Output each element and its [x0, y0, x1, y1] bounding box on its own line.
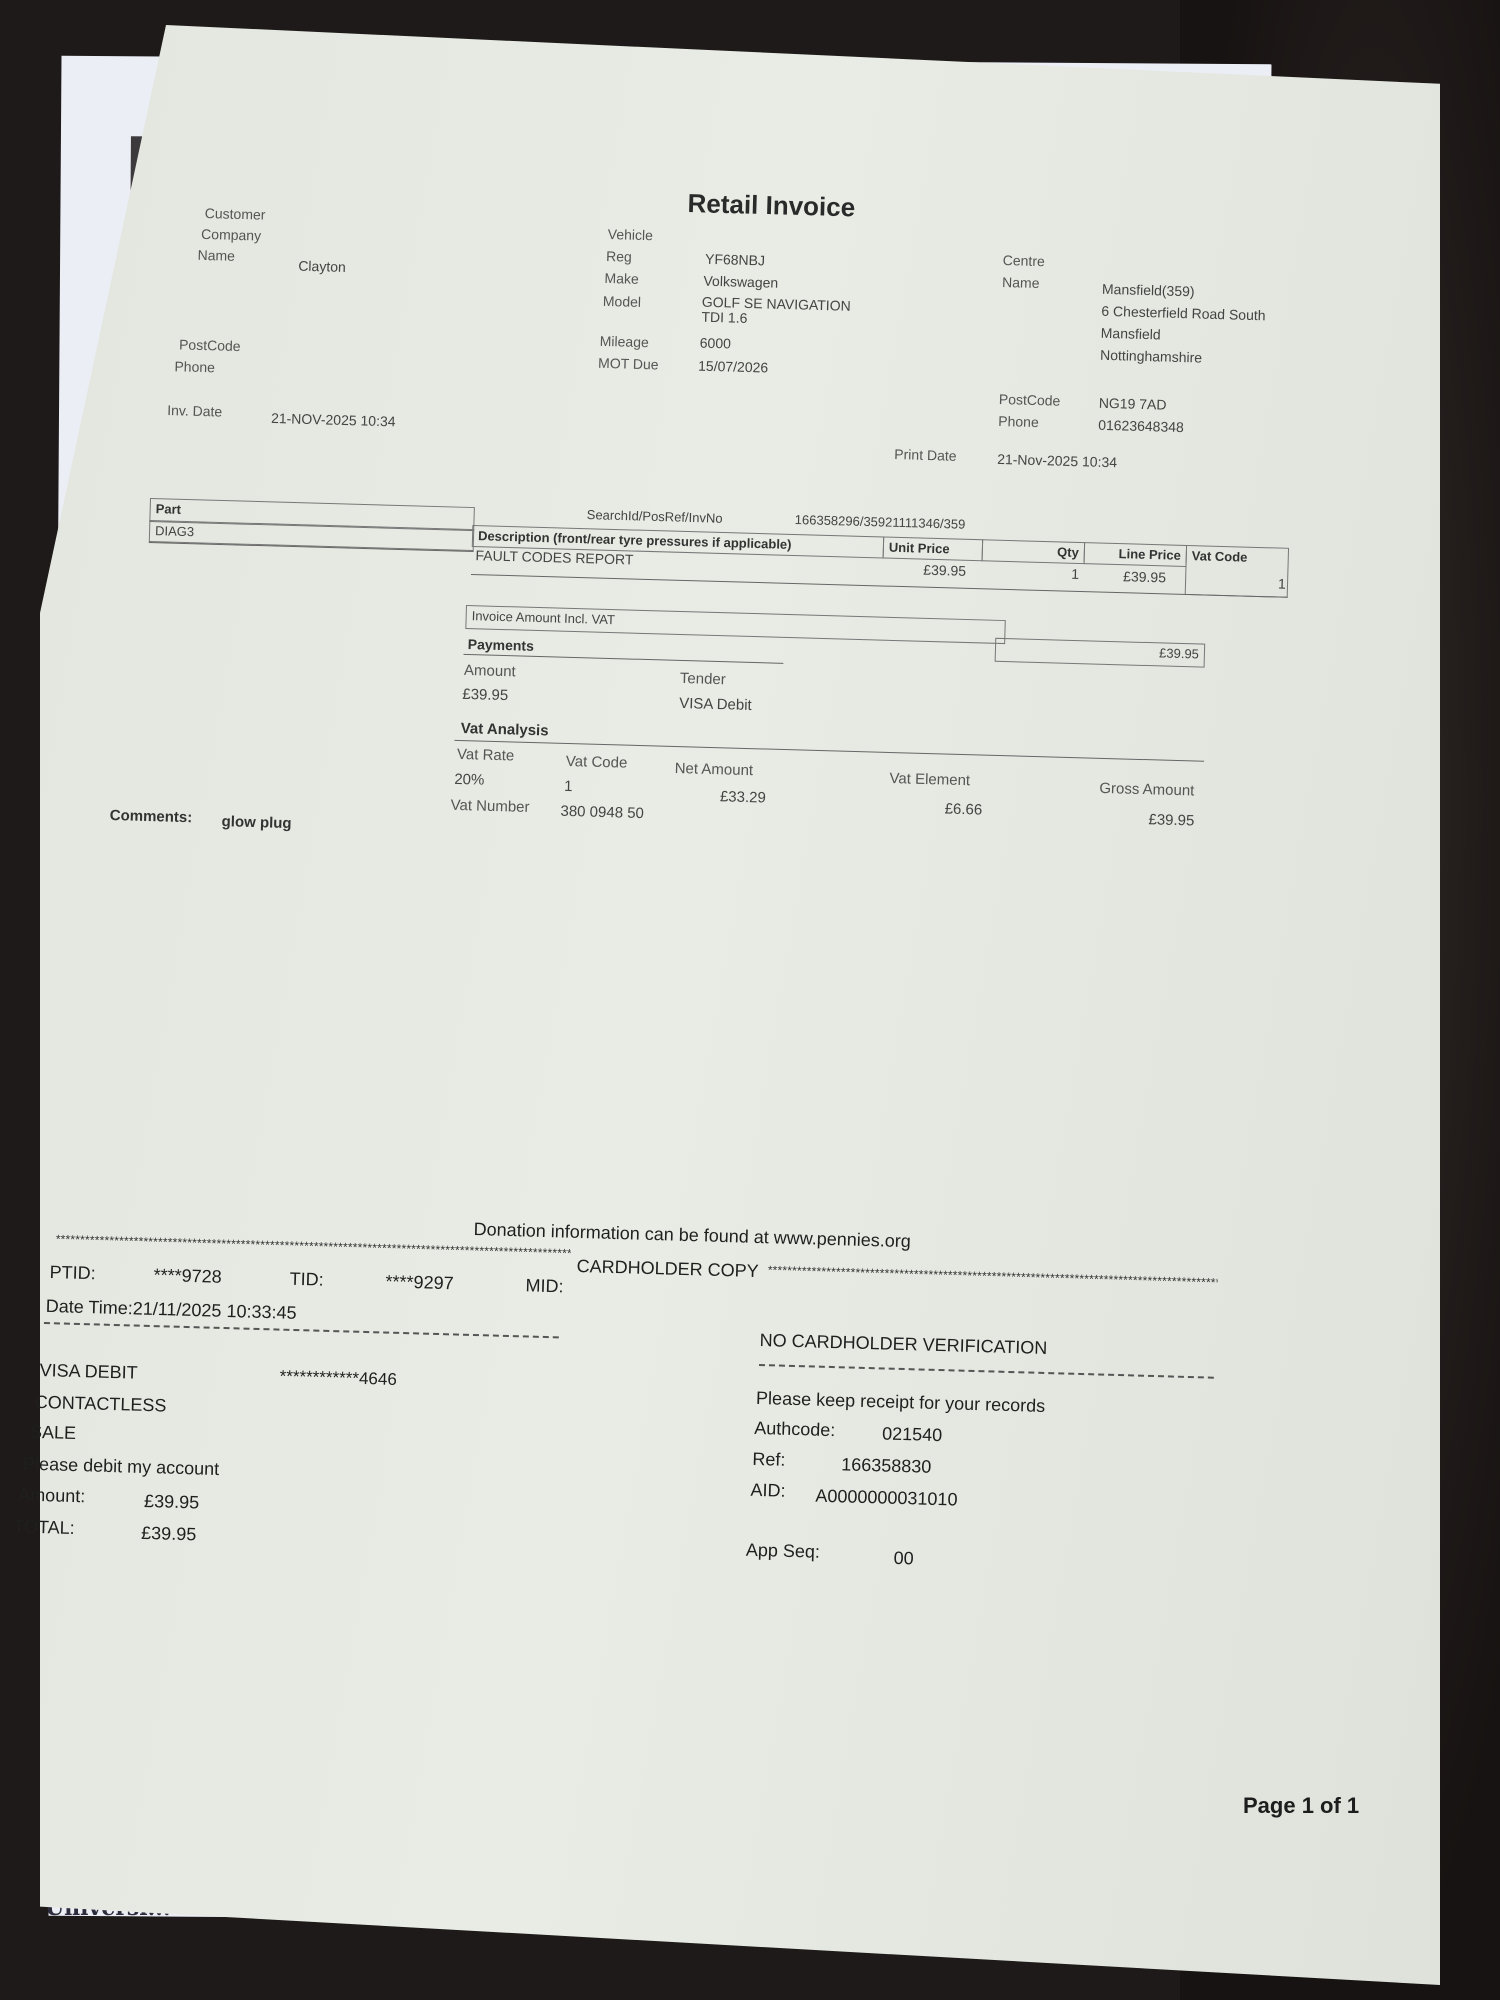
receipt-amount-label: Amount:	[18, 1484, 86, 1507]
header-vat-code: Vat Code	[1185, 545, 1289, 598]
net-amount-header: Net Amount	[674, 760, 753, 779]
payment-amount-label: Amount	[464, 662, 516, 680]
mid-label: MID:	[525, 1275, 564, 1297]
reg-label: Reg	[606, 248, 632, 265]
aid-label: AID:	[750, 1480, 786, 1502]
centre-address-line4: Nottinghamshire	[1100, 347, 1202, 366]
card-type: VISA DEBIT	[39, 1360, 138, 1384]
card-number: ************4646	[279, 1367, 397, 1390]
comments-value: glow plug	[221, 813, 291, 832]
inv-date-value: 21-NOV-2025 10:34	[271, 410, 396, 429]
centre-address-line1: Mansfield(359)	[1102, 281, 1195, 300]
vat-number-label: Vat Number	[450, 797, 529, 816]
keep-receipt-text: Please keep receipt for your records	[756, 1388, 1046, 1417]
cell-line-price: £39.95	[1123, 568, 1166, 585]
customer-name-value: Clayton	[298, 258, 346, 275]
invoice-content: Retail Invoice Customer Company Name Cla…	[0, 0, 1500, 2000]
mileage-label: Mileage	[600, 333, 649, 350]
cell-qty: 1	[1071, 566, 1079, 582]
ref-label: Ref:	[752, 1449, 786, 1471]
make-label: Make	[604, 270, 639, 287]
header-unit-price: Unit Price	[883, 536, 984, 561]
debit-text: Please debit my account	[23, 1454, 220, 1480]
vat-code-header: Vat Code	[566, 753, 628, 772]
centre-phone-label: Phone	[998, 413, 1039, 430]
customer-phone-label: Phone	[174, 358, 215, 375]
print-date-label: Print Date	[894, 446, 957, 464]
vat-element-value: £6.66	[944, 801, 982, 819]
customer-postcode-label: PostCode	[179, 336, 241, 354]
centre-address-line3: Mansfield	[1101, 325, 1161, 343]
authcode-label: Authcode:	[754, 1418, 836, 1441]
tender-label: Tender	[680, 670, 726, 688]
ptid-label: PTID:	[49, 1262, 96, 1284]
model-value-line2: TDI 1.6	[701, 309, 747, 326]
vat-element-header: Vat Element	[889, 770, 970, 789]
receipt-total-value: £39.95	[141, 1523, 197, 1546]
vat-code-value: 1	[564, 778, 573, 795]
aid-value: A0000000031010	[815, 1486, 958, 1511]
payment-amount-value: £39.95	[462, 686, 508, 704]
customer-name-label: Name	[197, 247, 235, 264]
centre-phone-value: 01623648348	[1098, 417, 1184, 435]
authcode-value: 021540	[882, 1423, 943, 1446]
cell-vat-code: 1	[1278, 576, 1286, 592]
page-indicator: Page 1 of 1	[1243, 1793, 1359, 1819]
vat-analysis-heading: Vat Analysis	[461, 720, 549, 739]
mot-due-label: MOT Due	[598, 355, 659, 373]
centre-name-label: Name	[1002, 274, 1040, 291]
ref-value: 166358830	[841, 1454, 932, 1478]
centre-postcode-label: PostCode	[999, 391, 1061, 409]
receipt-total-label: TOTAL:	[13, 1516, 75, 1539]
inv-date-label: Inv. Date	[167, 402, 222, 420]
vat-rate-value: 20%	[454, 771, 484, 789]
centre-postcode-value: NG19 7AD	[1099, 395, 1167, 413]
cardholder-copy-banner: CARDHOLDER COPY	[576, 1256, 759, 1282]
vehicle-label: Vehicle	[608, 226, 654, 243]
payments-heading: Payments	[468, 636, 535, 654]
invoice-title: Retail Invoice	[687, 188, 855, 223]
app-seq-value: 00	[893, 1548, 914, 1570]
comments-label: Comments:	[110, 807, 193, 826]
header-line-price: Line Price	[1084, 542, 1188, 567]
model-label: Model	[603, 293, 642, 310]
header-qty: Qty	[982, 539, 1086, 564]
gross-amount-header: Gross Amount	[1099, 780, 1194, 800]
vat-number-value: 380 0948 50	[560, 803, 644, 822]
tid-value: ****9297	[385, 1271, 454, 1294]
app-seq-label: App Seq:	[746, 1540, 821, 1563]
reg-value: YF68NBJ	[705, 251, 765, 269]
cell-unit-price: £39.95	[923, 562, 966, 579]
net-amount-value: £33.29	[720, 788, 766, 806]
mileage-value: 6000	[700, 335, 732, 352]
transaction-datetime: Date Time:21/11/2025 10:33:45	[45, 1296, 296, 1324]
customer-label: Customer	[205, 205, 266, 223]
tender-value: VISA Debit	[679, 695, 752, 714]
gross-amount-value: £39.95	[1148, 811, 1194, 829]
company-label: Company	[201, 226, 261, 244]
cell-description: FAULT CODES REPORT	[475, 547, 633, 567]
tid-label: TID:	[289, 1269, 324, 1291]
centre-label: Centre	[1003, 252, 1045, 269]
make-value: Volkswagen	[703, 273, 778, 291]
transaction-type: SALE	[30, 1422, 77, 1444]
mot-due-value: 15/07/2026	[698, 358, 768, 376]
receipt-amount-value: £39.95	[144, 1491, 200, 1514]
print-date-value: 21-Nov-2025 10:34	[997, 451, 1117, 470]
centre-address-line2: 6 Chesterfield Road South	[1101, 303, 1266, 324]
verification-text: NO CARDHOLDER VERIFICATION	[759, 1330, 1047, 1359]
stars-right: ****************************************…	[768, 1263, 1218, 1290]
ptid-value: ****9728	[153, 1265, 222, 1288]
entry-mode: CONTACTLESS	[35, 1392, 167, 1417]
invoice-total-value: £39.95	[995, 638, 1206, 668]
vat-rate-header: Vat Rate	[457, 746, 515, 765]
